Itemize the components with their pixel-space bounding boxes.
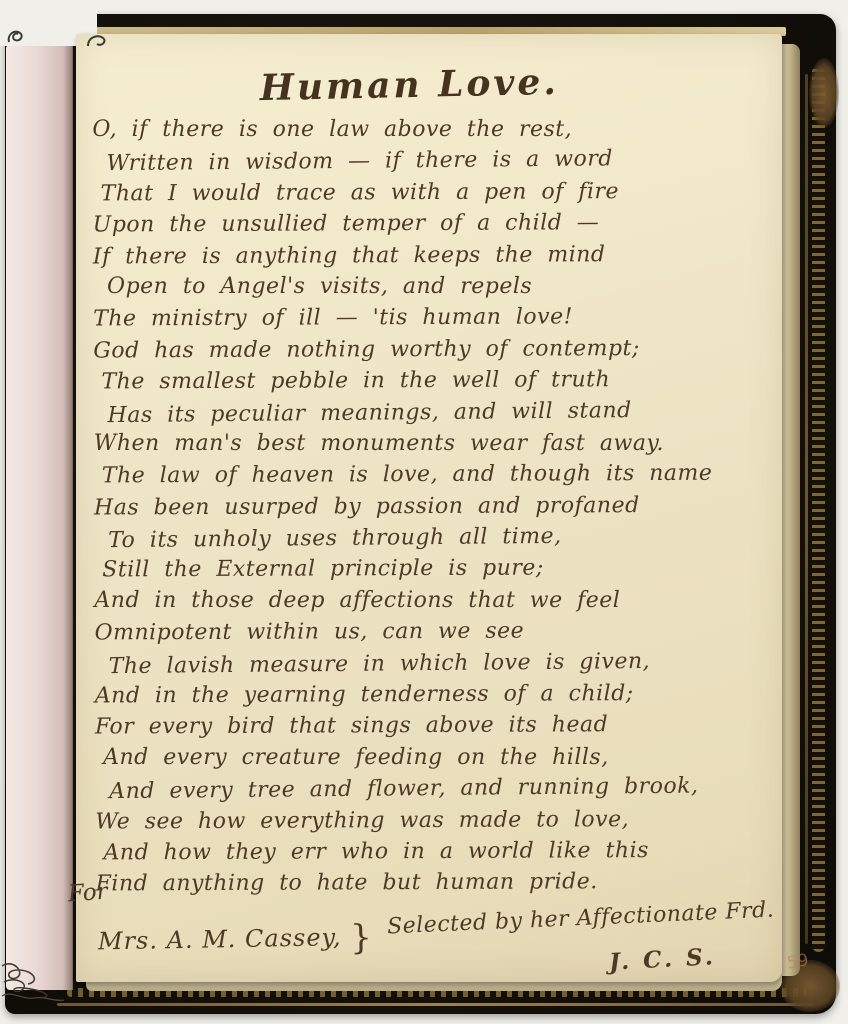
clasp-hook-icon (86, 32, 108, 52)
poem-line: We see how everything was made to love, (95, 803, 783, 837)
photograph-background: Human Love. O, if there is one law above… (0, 0, 848, 1024)
poem-line: And how they err who in a world like thi… (103, 834, 783, 868)
poem-line: The ministry of ill — 'tis human love! (93, 301, 781, 335)
page-number: 59 (785, 950, 810, 973)
poem-line: If there is anything that keeps the mind (93, 238, 781, 272)
poem-line: And every creature feeding on the hills, (103, 742, 783, 773)
poem-line: Has been usurped by passion and profaned (94, 489, 782, 523)
gold-rule-bottom (57, 1003, 814, 1006)
album-page: Human Love. O, if there is one law above… (76, 34, 782, 982)
poem-line: God has made nothing worthy of contempt; (93, 332, 781, 366)
gold-tooling-right-edge (812, 66, 825, 952)
gold-rule-right (805, 74, 808, 944)
poem-line: For every bird that sings above its head (95, 709, 783, 743)
dedication-name: Mrs. A. M. Cassey, } (98, 918, 374, 963)
poem-line: Open to Angel's visits, and repels (107, 271, 781, 302)
dedication-prefix: For (67, 879, 108, 908)
poem-line: O, if there is one law above the rest, (92, 114, 780, 145)
poem-line: The law of heaven is love, and though it… (102, 458, 782, 492)
poem-line: Written in wisdom — if there is a word (106, 142, 780, 180)
poem-line: Still the External principle is pure; (102, 552, 782, 586)
clasp-hook-icon (6, 26, 32, 50)
poem-line: And every tree and flower, and running b… (109, 770, 783, 808)
poem-line: Upon the unsullied temper of a child — (93, 207, 781, 241)
poem-body: O, if there is one law above the rest, W… (74, 112, 783, 900)
poem-line: That I would trace as with a pen of fire (101, 175, 781, 209)
poem-line: To its unholy uses through all time, (108, 519, 782, 557)
poem-line: Find anything to hate but human pride. (96, 866, 784, 900)
binding-threads-icon (0, 948, 92, 1010)
dedication-name-text: Mrs. A. M. Cassey, (98, 923, 342, 955)
poem-line: When man's best monuments wear fast away… (94, 428, 782, 459)
poem-title: Human Love. (75, 27, 742, 113)
poem-line: The lavish measure in which love is give… (109, 644, 783, 682)
poem-line: The smallest pebble in the well of truth (101, 364, 781, 398)
poem-line: Has its peculiar meanings, and will stan… (107, 393, 781, 431)
poem-line: Omnipotent within us, can we see (94, 615, 782, 649)
dedication-brace: } (350, 918, 373, 958)
attribution-initials: J. C. S. (609, 943, 717, 976)
poem-line: And in the yearning tenderness of a chil… (95, 677, 783, 711)
poem-line: And in those deep affections that we fee… (94, 585, 782, 616)
worn-corner-top-right (809, 58, 839, 128)
attribution-line: Selected by her Affectionate Frd. (386, 898, 774, 940)
pink-endpaper-strip (6, 46, 73, 990)
